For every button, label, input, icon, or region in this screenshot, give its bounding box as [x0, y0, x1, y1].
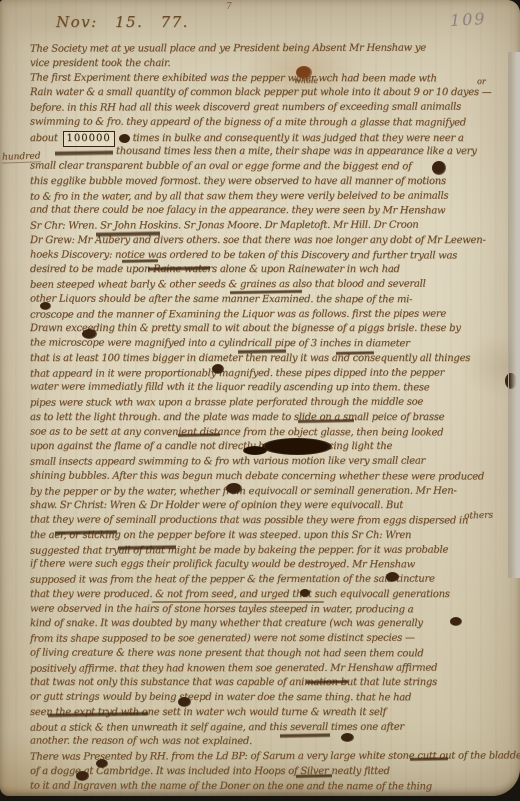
manuscript-line: kind of snake. It was doubted by many wh… — [30, 617, 518, 632]
ink-blot — [243, 446, 267, 455]
ink-blot — [178, 697, 191, 707]
manuscript-line: from its shape supposed to be soe genera… — [30, 631, 518, 647]
underline-mark — [152, 601, 324, 603]
manuscript-line: of living creature & there was none pres… — [30, 646, 518, 662]
ink-blot — [432, 161, 446, 175]
strike-mark — [96, 229, 160, 238]
manuscript-line: to it and Ingraven wth the name of the D… — [30, 779, 518, 795]
strike-mark — [410, 756, 448, 763]
manuscript-line: croscope and the manner of Examining the… — [30, 307, 518, 323]
boxed-line-prefix: about — [30, 133, 61, 144]
manuscript-line: by the pepper or by the water, whether f… — [30, 484, 518, 500]
strike-mark — [55, 148, 113, 157]
ink-blot — [119, 134, 130, 143]
ink-blot — [76, 771, 89, 781]
ink-blot — [450, 617, 462, 626]
manuscript-line: Rain water & a small quantity of common … — [30, 86, 518, 101]
manuscript-line: before. in this RH had all this week dis… — [30, 100, 518, 116]
folio-number: 109 — [450, 9, 487, 30]
strike-mark — [296, 773, 332, 780]
ink-blot — [341, 733, 354, 742]
date-heading: Nov: 15. 77. — [56, 13, 189, 31]
ink-blot — [82, 329, 97, 339]
ink-blot — [296, 66, 312, 79]
strike-mark — [55, 528, 117, 536]
ink-blot — [96, 759, 108, 768]
stray-mark: 7 — [226, 2, 232, 12]
manuscript-line: that appeard in it were proportionably m… — [30, 366, 518, 382]
manuscript-line: this egglike bubble moved formost. they … — [30, 175, 518, 190]
manuscript-line: about a stick & then unwreath it self ag… — [30, 720, 518, 736]
manuscript-line: vice president took the chair. — [30, 57, 518, 72]
manuscript-line: positively affirme. that they had knowen… — [30, 661, 518, 677]
manuscript-line: to & fro in the water, and by all that s… — [30, 189, 518, 205]
strike-mark — [280, 732, 330, 740]
manuscript-line: desired to be made upon Raine waters alo… — [30, 263, 518, 278]
manuscript-line: or gutt strings would by being steepd in… — [30, 690, 518, 706]
manuscript-line: shining bubbles. After this was begun mu… — [30, 469, 518, 485]
manuscript-page: 109 7 Nov: 15. 77. The Society met at ye… — [0, 0, 520, 796]
boxed-number-line: about 100000 times in bulke and conseque… — [30, 131, 464, 146]
manuscript-line: small insects appeard swimming to & fro … — [30, 454, 518, 470]
manuscript-line: water were immediatly filld wth it the l… — [30, 381, 518, 397]
strike-mark — [230, 288, 302, 295]
page-edge-strip — [508, 52, 520, 578]
manuscript-line: The first Experiment there exhibited was… — [30, 71, 518, 87]
ink-blot — [262, 438, 332, 455]
strike-mark — [298, 418, 354, 425]
manuscript-line: another. the reason of wch was not expla… — [30, 735, 518, 751]
ink-blot — [300, 589, 310, 597]
manuscript-line: if there were such eggs their prolifick … — [30, 558, 518, 574]
manuscript-line: were observed in the hairs of stone hors… — [30, 602, 518, 618]
boxed-line-suffix: times in bulke and consequently it was j… — [130, 133, 464, 144]
strike-mark — [238, 348, 286, 356]
manuscript-line: soe as to be sett at any convenient dist… — [30, 425, 518, 441]
manuscript-line: pipes were stuck wth wax upon a brasse p… — [30, 395, 518, 411]
manuscript-line: that they were of seminall productions t… — [30, 513, 518, 529]
manuscript-line: supposed it was from the heat of the pep… — [30, 572, 518, 588]
manuscript-line: Drawn exceeding thin & pretty small to w… — [30, 322, 518, 337]
strike-mark — [336, 350, 374, 357]
manuscript-line: swimming to & fro. they appeard of the b… — [30, 115, 518, 131]
interlinear-or: or — [477, 77, 486, 86]
manuscript-line: that twas not only this substance that w… — [30, 676, 518, 691]
strike-mark — [122, 258, 158, 265]
ink-blot — [40, 302, 51, 310]
strike-mark — [306, 679, 348, 686]
manuscript-line: as to lett the light through. and the pl… — [30, 411, 518, 426]
marginal-others: others — [464, 510, 493, 521]
strike-mark — [178, 432, 220, 439]
ink-blot — [226, 483, 242, 494]
strike-mark — [118, 543, 176, 551]
marginal-insertion-hundred: hundred — [2, 151, 41, 163]
manuscript-line: hoeks Discovery: notice was ordered to b… — [30, 248, 518, 264]
manuscript-line: and that there could be noe falacy in th… — [30, 204, 518, 220]
ink-blot — [386, 572, 399, 582]
strike-mark — [148, 264, 210, 272]
ink-blot — [212, 364, 224, 374]
manuscript-line: suggested that tryall of that might be m… — [30, 543, 518, 559]
manuscript-line: shaw. Sr Christ: Wren & Dr Holder were o… — [30, 499, 518, 514]
manuscript-line: The Society met at ye usuall place and y… — [30, 41, 518, 57]
